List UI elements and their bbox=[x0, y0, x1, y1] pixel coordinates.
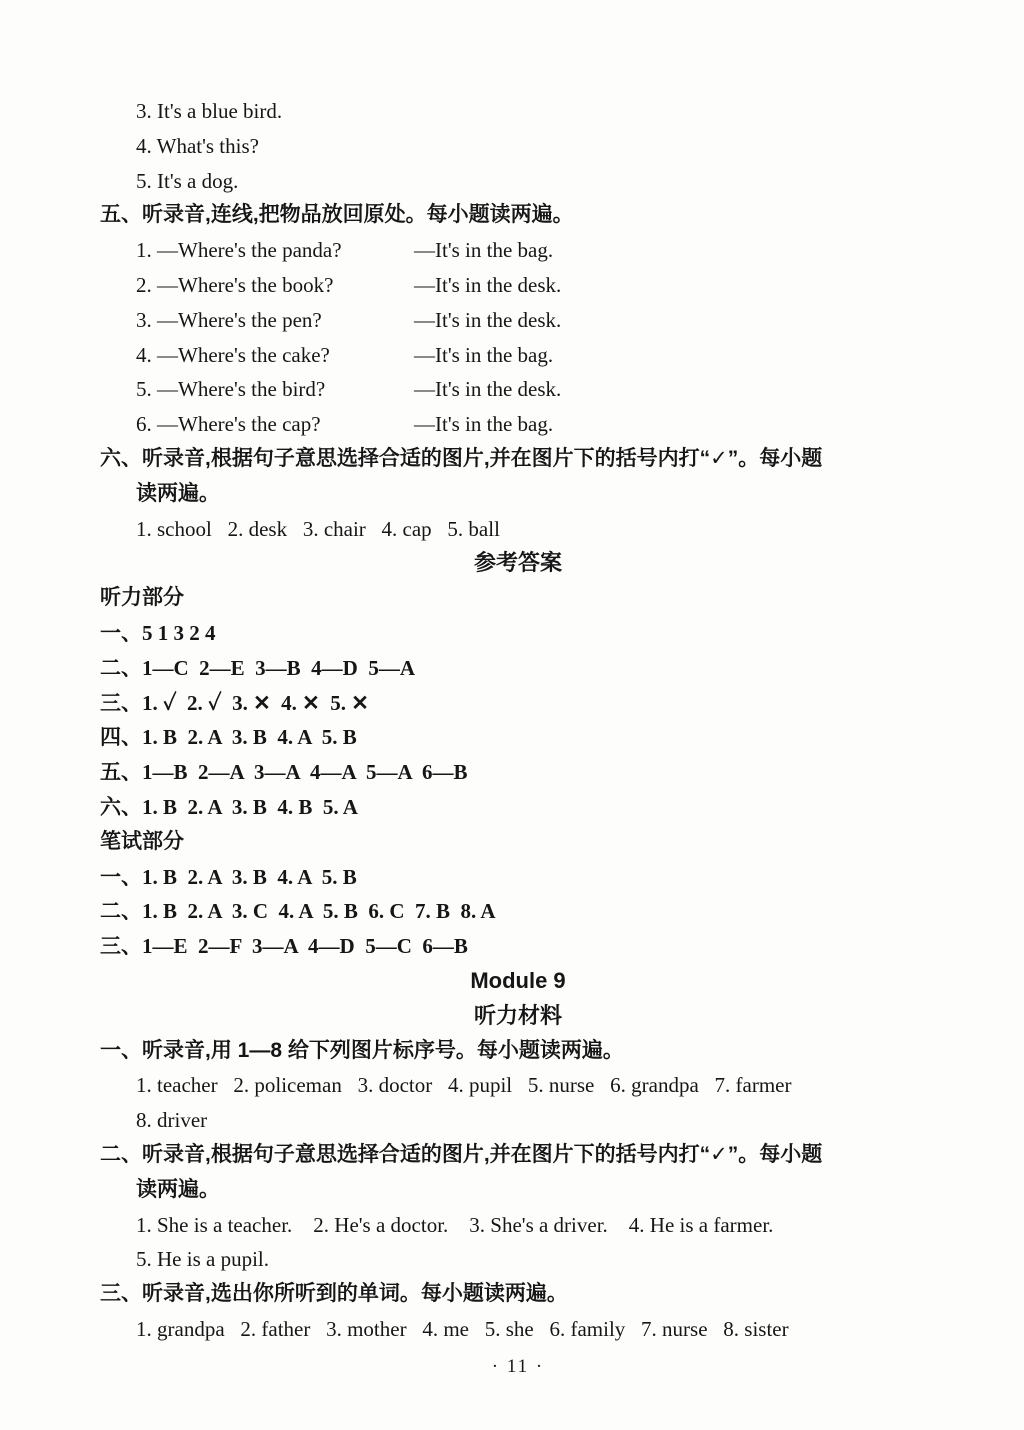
qa-answer: —It's in the desk. bbox=[414, 268, 561, 303]
qa-row: 6. —Where's the cap? —It's in the bag. bbox=[136, 407, 936, 442]
answer-line: 五、1—B 2—A 3—A 4—A 5—A 6—B bbox=[100, 755, 936, 790]
qa-row: 5. —Where's the bird? —It's in the desk. bbox=[136, 372, 936, 407]
qa-answer: —It's in the bag. bbox=[414, 338, 553, 373]
qa-answer: —It's in the desk. bbox=[414, 372, 561, 407]
instruction-heading: 一、听录音,用 1—8 给下列图片标序号。每小题读两遍。 bbox=[100, 1034, 936, 1069]
word-options-line: 1. school 2. desk 3. chair 4. cap 5. bal… bbox=[136, 512, 936, 547]
qa-question: 3. —Where's the pen? bbox=[136, 303, 414, 338]
qa-row: 2. —Where's the book? —It's in the desk. bbox=[136, 268, 936, 303]
section-heading: 五、听录音,连线,把物品放回原处。每小题读两遍。 bbox=[100, 198, 936, 233]
module-subtitle: 听力材料 bbox=[100, 999, 936, 1034]
workbook-page: 3. It's a blue bird. 4. What's this? 5. … bbox=[0, 0, 1024, 1430]
instruction-heading-continuation: 读两遍。 bbox=[136, 1173, 936, 1208]
answer-line: 二、1. B 2. A 3. C 4. A 5. B 6. C 7. B 8. … bbox=[100, 894, 936, 929]
words-line: 8. driver bbox=[136, 1103, 936, 1138]
sentence-line: 1. She is a teacher. 2. He's a doctor. 3… bbox=[136, 1208, 936, 1243]
section-heading-continuation: 读两遍。 bbox=[136, 477, 936, 512]
answer-line: 六、1. B 2. A 3. B 4. B 5. A bbox=[100, 790, 936, 825]
answers-section-heading: 听力部分 bbox=[100, 581, 936, 616]
instruction-heading: 二、听录音,根据句子意思选择合适的图片,并在图片下的括号内打“✓”。每小题 bbox=[100, 1138, 936, 1173]
answers-title: 参考答案 bbox=[100, 546, 936, 581]
listening-item-line: 5. It's a dog. bbox=[136, 164, 936, 199]
qa-row: 1. —Where's the panda? —It's in the bag. bbox=[136, 233, 936, 268]
qa-question: 6. —Where's the cap? bbox=[136, 407, 414, 442]
listening-item-line: 4. What's this? bbox=[136, 129, 936, 164]
answer-line: 三、1. ✓ 2. ✓ 3. ✕ 4. ✕ 5. ✕ bbox=[100, 686, 936, 721]
qa-answer: —It's in the desk. bbox=[414, 303, 561, 338]
answer-line: 一、1. B 2. A 3. B 4. A 5. B bbox=[100, 860, 936, 895]
qa-question: 5. —Where's the bird? bbox=[136, 372, 414, 407]
qa-answer: —It's in the bag. bbox=[414, 233, 553, 268]
qa-question: 4. —Where's the cake? bbox=[136, 338, 414, 373]
answer-line: 二、1—C 2—E 3—B 4—D 5—A bbox=[100, 651, 936, 686]
qa-row: 3. —Where's the pen? —It's in the desk. bbox=[136, 303, 936, 338]
qa-row: 4. —Where's the cake? —It's in the bag. bbox=[136, 338, 936, 373]
module-title: Module 9 bbox=[100, 964, 936, 999]
qa-answer: —It's in the bag. bbox=[414, 407, 553, 442]
answer-line: 四、1. B 2. A 3. B 4. A 5. B bbox=[100, 720, 936, 755]
words-line: 1. grandpa 2. father 3. mother 4. me 5. … bbox=[136, 1312, 936, 1347]
listening-item-line: 3. It's a blue bird. bbox=[136, 94, 936, 129]
sentence-line: 5. He is a pupil. bbox=[136, 1242, 936, 1277]
instruction-heading: 三、听录音,选出你所听到的单词。每小题读两遍。 bbox=[100, 1277, 936, 1312]
qa-question: 1. —Where's the panda? bbox=[136, 233, 414, 268]
answer-line: 三、1—E 2—F 3—A 4—D 5—C 6—B bbox=[100, 929, 936, 964]
answers-section-heading: 笔试部分 bbox=[100, 825, 936, 860]
page-number: · 11 · bbox=[100, 1350, 936, 1385]
page-content: 3. It's a blue bird. 4. What's this? 5. … bbox=[0, 0, 1024, 1384]
section-heading: 六、听录音,根据句子意思选择合适的图片,并在图片下的括号内打“✓”。每小题 bbox=[100, 442, 936, 477]
words-line: 1. teacher 2. policeman 3. doctor 4. pup… bbox=[136, 1068, 936, 1103]
qa-question: 2. —Where's the book? bbox=[136, 268, 414, 303]
answer-line: 一、5 1 3 2 4 bbox=[100, 616, 936, 651]
